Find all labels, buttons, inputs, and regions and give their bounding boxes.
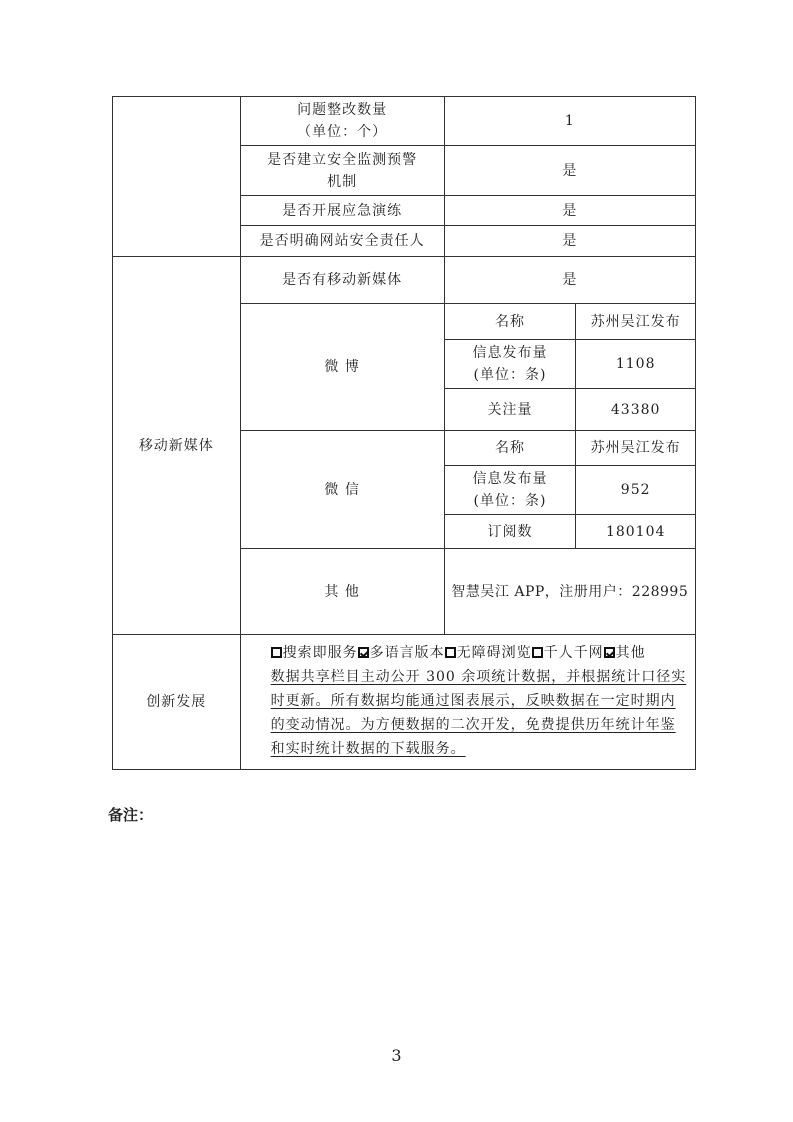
weibo-followers-label: 关注量 bbox=[444, 389, 576, 431]
wechat-subscribers-label: 订阅数 bbox=[444, 515, 576, 549]
weibo-posts-value: 1108 bbox=[576, 340, 696, 389]
has-mobile-media-value: 是 bbox=[444, 257, 695, 304]
innovation-content: 搜索即服务多语言版本无障碍浏览千人千网其他 数据共享栏目主动公开 300 余项统… bbox=[240, 635, 695, 770]
option-multilingual[interactable]: 多语言版本 bbox=[358, 645, 445, 661]
option-search-as-service[interactable]: 搜索即服务 bbox=[271, 645, 358, 661]
other-media-label: 其 他 bbox=[240, 549, 444, 635]
label-line: 信息发布量 bbox=[449, 342, 572, 364]
label-line: 机制 bbox=[245, 171, 440, 193]
emergency-drill-value: 是 bbox=[444, 196, 695, 226]
option-personalized[interactable]: 千人千网 bbox=[532, 645, 604, 661]
label-line: (单位：条) bbox=[449, 490, 572, 512]
monitoring-mechanism-label: 是否建立安全监测预警 机制 bbox=[240, 146, 444, 196]
other-media-value: 智慧吴江 APP，注册用户：228995 bbox=[444, 549, 695, 635]
checkbox-unchecked-icon[interactable] bbox=[271, 647, 282, 658]
emergency-drill-label: 是否开展应急演练 bbox=[240, 196, 444, 226]
security-section-cell bbox=[113, 97, 241, 257]
security-officer-value: 是 bbox=[444, 226, 695, 257]
table-row: 创新发展 搜索即服务多语言版本无障碍浏览千人千网其他 数据共享栏目主动公开 30… bbox=[113, 635, 696, 770]
wechat-name-value: 苏州吴江发布 bbox=[576, 431, 696, 466]
page-number: 3 bbox=[0, 1046, 793, 1065]
issue-fix-count-label: 问题整改数量 （单位：个） bbox=[240, 97, 444, 146]
table-row: 移动新媒体 是否有移动新媒体 是 bbox=[113, 257, 696, 304]
wechat-name-label: 名称 bbox=[444, 431, 576, 466]
option-label: 其他 bbox=[616, 645, 646, 661]
checkbox-unchecked-icon[interactable] bbox=[532, 647, 543, 658]
option-label: 多语言版本 bbox=[370, 645, 445, 661]
weibo-name-value: 苏州吴江发布 bbox=[576, 304, 696, 340]
issue-fix-count-value: 1 bbox=[444, 97, 695, 146]
checkbox-unchecked-icon[interactable] bbox=[445, 647, 456, 658]
option-other[interactable]: 其他 bbox=[604, 645, 646, 661]
note-label: 备注： bbox=[108, 804, 153, 825]
security-officer-label: 是否明确网站安全责任人 bbox=[240, 226, 444, 257]
has-mobile-media-label: 是否有移动新媒体 bbox=[240, 257, 444, 304]
option-label: 无障碍浏览 bbox=[457, 645, 532, 661]
checkbox-checked-icon[interactable] bbox=[604, 647, 615, 658]
table-row: 问题整改数量 （单位：个） 1 bbox=[113, 97, 696, 146]
label-line: 问题整改数量 bbox=[245, 99, 440, 121]
option-label: 千人千网 bbox=[544, 645, 604, 661]
label-line: 是否建立安全监测预警 bbox=[245, 149, 440, 171]
weibo-label: 微 博 bbox=[240, 304, 444, 431]
monitoring-mechanism-value: 是 bbox=[444, 146, 695, 196]
mobile-media-section-label: 移动新媒体 bbox=[113, 257, 241, 635]
wechat-posts-value: 952 bbox=[576, 466, 696, 515]
weibo-name-label: 名称 bbox=[444, 304, 576, 340]
option-label: 搜索即服务 bbox=[283, 645, 358, 661]
innovation-section-label: 创新发展 bbox=[113, 635, 241, 770]
document-page: 问题整改数量 （单位：个） 1 是否建立安全监测预警 机制 是 是否开展应急演练… bbox=[0, 0, 793, 1122]
weibo-followers-value: 43380 bbox=[576, 389, 696, 431]
weibo-posts-label: 信息发布量 (单位：条) bbox=[444, 340, 576, 389]
checkbox-checked-icon[interactable] bbox=[358, 647, 369, 658]
wechat-subscribers-value: 180104 bbox=[576, 515, 696, 549]
option-accessibility[interactable]: 无障碍浏览 bbox=[445, 645, 532, 661]
label-line: 信息发布量 bbox=[449, 468, 572, 490]
wechat-label: 微 信 bbox=[240, 431, 444, 549]
innovation-description: 数据共享栏目主动公开 300 余项统计数据，并根据统计口径实时更新。所有数据均能… bbox=[271, 669, 687, 757]
label-line: (单位：条) bbox=[449, 364, 572, 386]
website-report-table: 问题整改数量 （单位：个） 1 是否建立安全监测预警 机制 是 是否开展应急演练… bbox=[112, 96, 696, 770]
wechat-posts-label: 信息发布量 (单位：条) bbox=[444, 466, 576, 515]
label-line: （单位：个） bbox=[245, 121, 440, 143]
